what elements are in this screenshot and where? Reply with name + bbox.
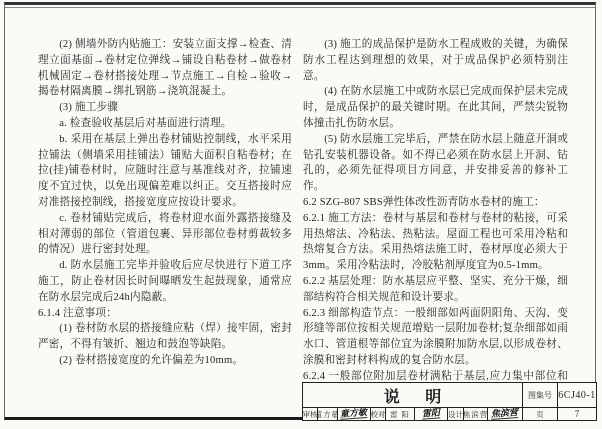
document-page: (2) 侧墙外防内贴施工：安装立面支撑→检查、清理立面基面→卷材定位弹线→铺设自… [0,0,602,429]
design-label: 设计 [447,408,463,420]
sheet-title: 说明 [303,383,522,407]
title-block: 说明 图集号 16CJ40-10 审核 童方敏 童方敏 校对 雷 阳 雷阳 设计… [302,382,597,421]
proofread-label: 校对 [370,408,385,420]
proofreader-name: 雷 阳 [385,408,414,420]
paragraph: a. 检查验收基层后对基面进行清理。 [38,116,292,132]
paragraph: 6.2.3 细部构造节点：一般细部如两面阴阳角、天沟、变形缝等部位按相关规范增贴… [303,306,568,369]
paragraph: (4) 在防水层施工中或防水层已完成而保护层未完成时，是成品保护的最关键时期。在… [303,84,568,131]
paragraph: (2) 侧墙外防内贴施工：安装立面支撑→检查、清理立面基面→卷材定位弹线→铺设自… [38,37,292,100]
paragraph: b. 采用在基层上弹出卷材铺贴控制线，水平采用拉铺法（侧墙采用挂铺法）铺贴大面积… [38,132,292,211]
paragraph: (3) 施工的成品保护是防水工程成败的关键，为确保防水工程达到理想的效果，对于成… [303,37,568,84]
page-label: 页 [522,408,557,420]
paragraph: 6.2.2 基层处理：防水基层应平整、坚实、充分干燥，细部结构符合相关规范和设计… [303,274,568,306]
atlas-number-label: 图集号 [522,383,557,407]
paragraph: (3) 施工步骤 [38,100,292,116]
paragraph: c. 卷材铺贴完成后，将卷材迎水面外露搭接缝及相对薄弱的部位（管道包裹、异形部位… [38,211,292,258]
review-label: 审核 [303,408,317,420]
paragraph: 6.2.1 施工方法：卷材与基层和卷材与卷材的粘接，可采用热熔法、冷粘法、热粘法… [303,211,568,274]
signature-text: 童方敏 [340,408,368,420]
paragraph: (2) 卷材搭接宽度的允许偏差为10mm。 [38,353,292,369]
paragraph: (1) 卷材防水层的搭接缝应粘（焊）接牢固，密封严密，不得有皱折、翘边和鼓泡等缺… [38,321,292,353]
page-number: 7 [557,408,596,420]
reviewer-name: 童方敏 [317,408,337,420]
title-block-top-row: 说明 图集号 16CJ40-10 [303,383,596,408]
section-heading: 6.1.4 注意事项： [38,306,292,322]
section-heading: 6.2 SZG-807 SBS弹性体改性沥青防水卷材的施工： [303,195,568,211]
signature-text: 焦滨营 [491,408,519,420]
atlas-number-value: 16CJ40-10 [557,383,596,407]
paragraph: (5) 防水层施工完毕后，严禁在防水层上随意开洞或钻孔安装机器设备。如不得已必须… [303,132,568,195]
signature-text: 雷阳 [422,408,441,419]
reviewer-signature: 童方敏 [337,408,370,420]
designer-name: 焦滨营 [463,408,487,420]
left-column: (2) 侧墙外防内贴施工：安装立面支撑→检查、清理立面基面→卷材定位弹线→铺设自… [38,37,292,369]
title-block-signature-row: 审核 童方敏 童方敏 校对 雷 阳 雷阳 设计 焦滨营 焦滨营 页 7 [303,408,596,420]
right-column: (3) 施工的成品保护是防水工程成败的关键，为确保防水工程达到理想的效果，对于成… [303,37,568,400]
designer-signature: 焦滨营 [487,408,522,420]
paragraph: d. 防水层施工完毕并验收后应尽快进行下道工序施工，防止卷材因长时间曝晒发生起鼓… [38,258,292,305]
proofreader-signature: 雷阳 [414,408,447,420]
